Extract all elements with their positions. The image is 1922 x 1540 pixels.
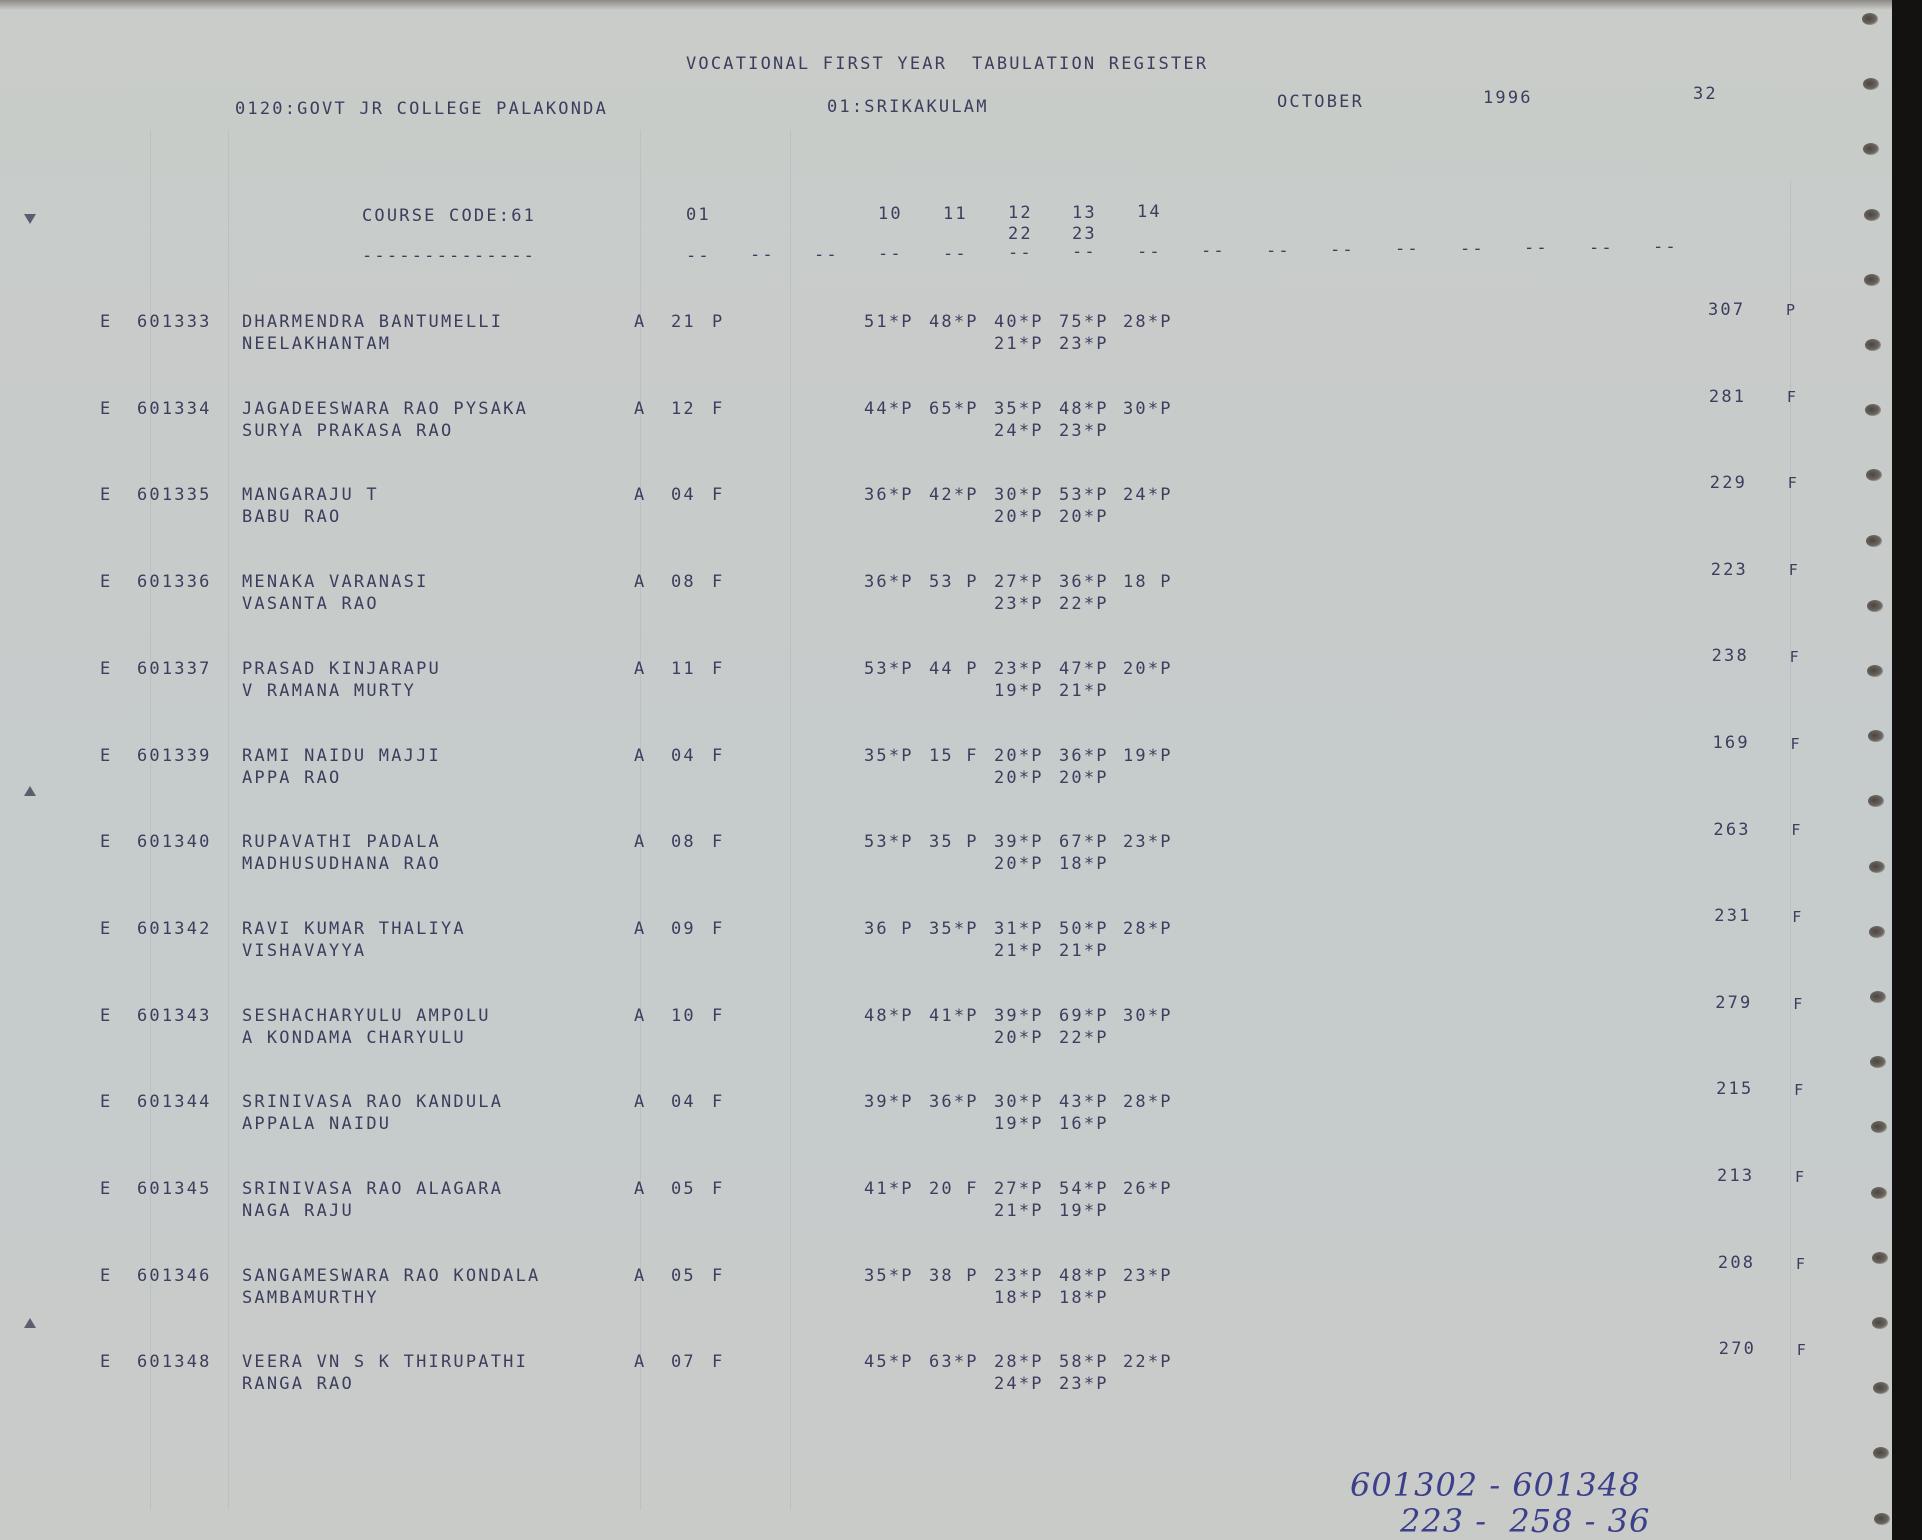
marks-subject-13: 48*P — [1059, 1266, 1109, 1286]
student-row: E 601335 MANGARAJU T BABU RAO A 04 F 36*… — [0, 485, 1892, 545]
subject-code-11: 11 — [943, 204, 968, 224]
student-row: E 601337 PRASAD KINJARAPU V RAMANA MURTY… — [0, 659, 1892, 719]
final-result: F — [1789, 560, 1800, 580]
subject-separator-dash: -- — [1072, 242, 1097, 262]
marks-subject-12: 35*P — [994, 399, 1044, 419]
final-result: F — [1791, 734, 1802, 754]
father-name: APPA RAO — [242, 768, 341, 788]
final-result: F — [1790, 647, 1801, 667]
part1-marks: 11 — [671, 659, 696, 679]
feed-hole — [1862, 13, 1878, 25]
part1-result: F — [712, 746, 724, 766]
feed-hole — [1873, 1447, 1889, 1459]
total-marks: 213 — [1717, 1166, 1754, 1186]
feed-hole — [1872, 1252, 1888, 1264]
candidate-type: E — [100, 572, 112, 592]
final-result: F — [1793, 994, 1804, 1014]
page-top-shadow — [0, 0, 1892, 10]
student-name: RAMI NAIDU MAJJI — [242, 746, 441, 766]
marks-subject-14: 30*P — [1123, 1006, 1173, 1026]
marks-subject-22: 20*P — [994, 1028, 1044, 1048]
marks-subject-23: 21*P — [1059, 941, 1109, 961]
total-marks: 279 — [1715, 993, 1752, 1013]
marks-subject-22: 21*P — [994, 941, 1044, 961]
part1-result: F — [712, 1266, 724, 1286]
marks-subject-14: 24*P — [1123, 485, 1173, 505]
part1-marks: 07 — [671, 1352, 696, 1372]
marks-subject-23: 23*P — [1059, 334, 1109, 354]
total-marks: 281 — [1709, 387, 1746, 407]
feed-hole — [1864, 209, 1880, 221]
student-row: E 601334 JAGADEESWARA RAO PYSAKA SURYA P… — [0, 399, 1892, 459]
total-marks: 215 — [1716, 1079, 1753, 1099]
marks-subject-22: 20*P — [994, 768, 1044, 788]
final-result: F — [1787, 387, 1798, 407]
marks-subject-22: 21*P — [994, 334, 1044, 354]
candidate-type: E — [100, 919, 112, 939]
registration-number: 601334 — [137, 399, 212, 419]
subject-separator-dash: -- — [814, 245, 839, 265]
final-result: F — [1792, 907, 1803, 927]
feed-hole — [1869, 926, 1885, 938]
candidate-type: E — [100, 746, 112, 766]
registration-number: 601340 — [137, 832, 212, 852]
handwritten-count-note: 223 - 258 - 36 — [1400, 1502, 1650, 1540]
marks-subject-23: 18*P — [1059, 1288, 1109, 1308]
course-code-underline: -------------- — [362, 246, 536, 266]
marks-subject-14: 19*P — [1123, 746, 1173, 766]
candidate-type: E — [100, 399, 112, 419]
feed-hole — [1868, 730, 1884, 742]
father-name: SURYA PRAKASA RAO — [242, 421, 453, 441]
student-name: DHARMENDRA BANTUMELLI — [242, 312, 503, 332]
handwritten-range-note: 601302 - 601348 — [1350, 1466, 1640, 1504]
total-marks: 263 — [1713, 820, 1750, 840]
feed-hole — [1873, 1382, 1889, 1394]
subject-separator-dash: -- — [686, 246, 711, 266]
marks-subject-12: 40*P — [994, 312, 1044, 332]
marks-subject-10: 45*P — [864, 1352, 914, 1372]
marks-subject-11: 35 P — [929, 832, 979, 852]
marks-subject-23: 22*P — [1059, 594, 1109, 614]
marks-subject-14: 23*P — [1123, 832, 1173, 852]
part1-marks: 05 — [671, 1179, 696, 1199]
feed-hole — [1872, 1317, 1888, 1329]
marks-subject-12: 28*P — [994, 1352, 1044, 1372]
marks-subject-14: 23*P — [1123, 1266, 1173, 1286]
marks-subject-14: 28*P — [1123, 312, 1173, 332]
subject-separator-dash: -- — [1653, 237, 1678, 257]
marks-subject-12: 20*P — [994, 746, 1044, 766]
marks-subject-11: 65*P — [929, 399, 979, 419]
part1-result: F — [712, 399, 724, 419]
marks-subject-10: 36*P — [864, 572, 914, 592]
student-name: SRINIVASA RAO ALAGARA — [242, 1179, 503, 1199]
marks-subject-14: 18 P — [1123, 572, 1173, 592]
marks-subject-11: 63*P — [929, 1352, 979, 1372]
registration-number: 601336 — [137, 572, 212, 592]
marks-subject-13: 67*P — [1059, 832, 1109, 852]
final-result: P — [1786, 300, 1797, 320]
registration-number: 601345 — [137, 1179, 212, 1199]
desk-background — [1892, 0, 1922, 1540]
part1-result: F — [712, 1179, 724, 1199]
part1-result: F — [712, 832, 724, 852]
total-marks: 238 — [1712, 646, 1749, 666]
total-marks: 208 — [1718, 1253, 1755, 1273]
tabulation-register-page: ​ VOCATIONAL FIRST YEAR TABULATION REGIS… — [0, 0, 1892, 1540]
part-code: A — [634, 1006, 646, 1026]
part1-result: F — [712, 919, 724, 939]
course-code-label: COURSE CODE:61 — [362, 206, 536, 226]
student-name: RUPAVATHI PADALA — [242, 832, 441, 852]
student-row: E 601343 SESHACHARYULU AMPOLU A KONDAMA … — [0, 1006, 1892, 1066]
part-code: A — [634, 832, 646, 852]
final-result: F — [1791, 820, 1802, 840]
father-name: VASANTA RAO — [242, 594, 379, 614]
candidate-type: E — [100, 1266, 112, 1286]
subject-code-10: 10 — [878, 204, 903, 224]
marks-subject-12: 23*P — [994, 1266, 1044, 1286]
part-code: A — [634, 1092, 646, 1112]
student-row: E 601340 RUPAVATHI PADALA MADHUSUDHANA R… — [0, 832, 1892, 892]
marks-subject-11: 48*P — [929, 312, 979, 332]
part-code: A — [634, 746, 646, 766]
student-row: E 601336 MENAKA VARANASI VASANTA RAO A 0… — [0, 572, 1892, 632]
candidate-type: E — [100, 1092, 112, 1112]
final-result: F — [1797, 1340, 1808, 1360]
exam-month: OCTOBER — [1277, 92, 1364, 112]
marks-subject-23: 22*P — [1059, 1028, 1109, 1048]
part-code: A — [634, 485, 646, 505]
marks-subject-12: 39*P — [994, 832, 1044, 852]
marks-subject-10: 36*P — [864, 485, 914, 505]
part-code: A — [634, 1266, 646, 1286]
part-code: A — [634, 399, 646, 419]
marks-subject-22: 20*P — [994, 854, 1044, 874]
exam-year: 1996 — [1483, 88, 1533, 108]
registration-number: 601339 — [137, 746, 212, 766]
marks-subject-10: 41*P — [864, 1179, 914, 1199]
part1-result: F — [712, 1352, 724, 1372]
total-marks: 223 — [1711, 560, 1748, 580]
marks-subject-10: 35*P — [864, 1266, 914, 1286]
total-marks: 231 — [1714, 906, 1751, 926]
marks-subject-22: 18*P — [994, 1288, 1044, 1308]
subject-separator-dash: -- — [1266, 241, 1291, 261]
marks-subject-14: 22*P — [1123, 1352, 1173, 1372]
marks-subject-10: 35*P — [864, 746, 914, 766]
marks-subject-23: 19*P — [1059, 1201, 1109, 1221]
part1-result: F — [712, 572, 724, 592]
register-title: VOCATIONAL FIRST YEAR TABULATION REGISTE… — [686, 54, 1208, 74]
registration-number: 601333 — [137, 312, 212, 332]
marks-subject-22: 23*P — [994, 594, 1044, 614]
registration-number: 601344 — [137, 1092, 212, 1112]
student-name: SRINIVASA RAO KANDULA — [242, 1092, 503, 1112]
part-code: A — [634, 1352, 646, 1372]
part-code: A — [634, 572, 646, 592]
subject-separator-dash: -- — [1460, 239, 1485, 259]
subject-separator-dash: -- — [1008, 243, 1033, 263]
subject-code-12: 12 — [1008, 203, 1033, 223]
marks-subject-11: 44 P — [929, 659, 979, 679]
marks-subject-13: 58*P — [1059, 1352, 1109, 1372]
part1-marks: 21 — [671, 312, 696, 332]
part-code: A — [634, 919, 646, 939]
father-name: V RAMANA MURTY — [242, 681, 416, 701]
feed-hole — [1865, 339, 1881, 351]
part1-result: F — [712, 485, 724, 505]
marks-subject-12: 31*P — [994, 919, 1044, 939]
marks-subject-22: 24*P — [994, 1374, 1044, 1394]
subject-separator-dash: -- — [750, 245, 775, 265]
student-name: RAVI KUMAR THALIYA — [242, 919, 466, 939]
subject-code-14: 14 — [1137, 202, 1162, 222]
feed-hole — [1870, 1056, 1886, 1068]
marks-subject-12: 39*P — [994, 1006, 1044, 1026]
registration-number: 601337 — [137, 659, 212, 679]
marks-subject-14: 28*P — [1123, 1092, 1173, 1112]
marks-subject-10: 44*P — [864, 399, 914, 419]
total-marks: 307 — [1708, 300, 1745, 320]
marks-subject-13: 36*P — [1059, 746, 1109, 766]
father-name: VISHAVAYYA — [242, 941, 366, 961]
marks-subject-23: 18*P — [1059, 854, 1109, 874]
marks-subject-22: 24*P — [994, 421, 1044, 441]
registration-number: 601343 — [137, 1006, 212, 1026]
district-name: 01:SRIKAKULAM — [827, 97, 989, 117]
marks-subject-12: 27*P — [994, 572, 1044, 592]
marks-subject-11: 42*P — [929, 485, 979, 505]
feed-hole — [1870, 991, 1886, 1003]
marks-subject-13: 47*P — [1059, 659, 1109, 679]
father-name: NEELAKHANTAM — [242, 334, 391, 354]
feed-hole — [1869, 861, 1885, 873]
feed-hole — [1863, 78, 1879, 90]
candidate-type: E — [100, 1006, 112, 1026]
subject-separator-dash: -- — [1589, 238, 1614, 258]
part1-marks: 08 — [671, 832, 696, 852]
marks-subject-11: 15 F — [929, 746, 979, 766]
part-code: A — [634, 312, 646, 332]
marks-subject-11: 53 P — [929, 572, 979, 592]
student-name: MENAKA VARANASI — [242, 572, 429, 592]
feed-hole — [1871, 1121, 1887, 1133]
marks-subject-10: 39*P — [864, 1092, 914, 1112]
student-row: E 601342 RAVI KUMAR THALIYA VISHAVAYYA A… — [0, 919, 1892, 979]
student-name: SESHACHARYULU AMPOLU — [242, 1006, 491, 1026]
candidate-type: E — [100, 1179, 112, 1199]
feed-hole — [1868, 795, 1884, 807]
student-name: SANGAMESWARA RAO KONDALA — [242, 1266, 540, 1286]
feed-hole — [1874, 1513, 1890, 1525]
marks-subject-23: 20*P — [1059, 507, 1109, 527]
marks-subject-12: 30*P — [994, 1092, 1044, 1112]
father-name: SAMBAMURTHY — [242, 1288, 379, 1308]
registration-number: 601335 — [137, 485, 212, 505]
marks-subject-14: 30*P — [1123, 399, 1173, 419]
marks-subject-22: 19*P — [994, 681, 1044, 701]
father-name: NAGA RAJU — [242, 1201, 354, 1221]
subject-separator-dash: -- — [878, 244, 903, 264]
marks-subject-10: 51*P — [864, 312, 914, 332]
marks-subject-23: 23*P — [1059, 1374, 1109, 1394]
marks-subject-10: 36 P — [864, 919, 914, 939]
student-row: E 601339 RAMI NAIDU MAJJI APPA RAO A 04 … — [0, 746, 1892, 806]
marks-subject-23: 21*P — [1059, 681, 1109, 701]
marks-subject-12: 30*P — [994, 485, 1044, 505]
marks-subject-11: 20 F — [929, 1179, 979, 1199]
binding-mark — [24, 214, 36, 224]
part1-marks: 08 — [671, 572, 696, 592]
part-code: A — [634, 1179, 646, 1199]
marks-subject-10: 48*P — [864, 1006, 914, 1026]
student-row: E 601346 SANGAMESWARA RAO KONDALA SAMBAM… — [0, 1266, 1892, 1326]
marks-subject-13: 69*P — [1059, 1006, 1109, 1026]
student-name: MANGARAJU T — [242, 485, 379, 505]
binding-mark — [24, 786, 36, 796]
final-result: F — [1788, 473, 1799, 493]
student-row: E 601344 SRINIVASA RAO KANDULA APPALA NA… — [0, 1092, 1892, 1152]
registration-number: 601342 — [137, 919, 212, 939]
marks-subject-22: 21*P — [994, 1201, 1044, 1221]
feed-hole — [1867, 600, 1883, 612]
student-name: JAGADEESWARA RAO PYSAKA — [242, 399, 528, 419]
father-name: APPALA NAIDU — [242, 1114, 391, 1134]
part1-result: F — [712, 1092, 724, 1112]
student-name: VEERA VN S K THIRUPATHI — [242, 1352, 528, 1372]
marks-subject-23: 23*P — [1059, 421, 1109, 441]
feed-hole — [1871, 1187, 1887, 1199]
registration-number: 601346 — [137, 1266, 212, 1286]
marks-subject-23: 20*P — [1059, 768, 1109, 788]
father-name: RANGA RAO — [242, 1374, 354, 1394]
part1-marks: 04 — [671, 485, 696, 505]
registration-number: 601348 — [137, 1352, 212, 1372]
subject-separator-dash: -- — [1395, 239, 1420, 259]
part1-marks: 04 — [671, 746, 696, 766]
father-name: A KONDAMA CHARYULU — [242, 1028, 466, 1048]
final-result: F — [1796, 1254, 1807, 1274]
subject-separator-dash: -- — [1137, 242, 1162, 262]
marks-subject-13: 50*P — [1059, 919, 1109, 939]
marks-subject-14: 20*P — [1123, 659, 1173, 679]
candidate-type: E — [100, 832, 112, 852]
marks-subject-12: 23*P — [994, 659, 1044, 679]
marks-subject-12: 27*P — [994, 1179, 1044, 1199]
marks-subject-11: 36*P — [929, 1092, 979, 1112]
marks-subject-10: 53*P — [864, 832, 914, 852]
feed-hole — [1864, 274, 1880, 286]
part1-result: F — [712, 659, 724, 679]
feed-hole — [1867, 665, 1883, 677]
part1-marks: 05 — [671, 1266, 696, 1286]
total-marks: 270 — [1719, 1339, 1756, 1359]
subject-separator-dash: -- — [943, 244, 968, 264]
candidate-type: E — [100, 1352, 112, 1372]
student-row: E 601333 DHARMENDRA BANTUMELLI NEELAKHAN… — [0, 312, 1892, 372]
subject-separator-dash: -- — [1524, 238, 1549, 258]
marks-subject-13: 36*P — [1059, 572, 1109, 592]
part1-result: F — [712, 1006, 724, 1026]
marks-subject-13: 43*P — [1059, 1092, 1109, 1112]
father-name: BABU RAO — [242, 507, 341, 527]
subject-code-01: 01 — [686, 205, 711, 225]
subject-code-22: 22 — [1008, 224, 1033, 244]
marks-subject-11: 41*P — [929, 1006, 979, 1026]
marks-subject-13: 48*P — [1059, 399, 1109, 419]
marks-subject-11: 35*P — [929, 919, 979, 939]
total-marks: 229 — [1710, 473, 1747, 493]
marks-subject-13: 75*P — [1059, 312, 1109, 332]
binding-mark — [24, 1318, 36, 1328]
final-result: F — [1794, 1080, 1805, 1100]
marks-subject-22: 19*P — [994, 1114, 1044, 1134]
marks-subject-23: 16*P — [1059, 1114, 1109, 1134]
final-result: F — [1795, 1167, 1806, 1187]
feed-hole — [1866, 469, 1882, 481]
candidate-type: E — [100, 485, 112, 505]
part1-marks: 04 — [671, 1092, 696, 1112]
student-name: PRASAD KINJARAPU — [242, 659, 441, 679]
student-row: E 601345 SRINIVASA RAO ALAGARA NAGA RAJU… — [0, 1179, 1892, 1239]
part1-marks: 09 — [671, 919, 696, 939]
feed-hole — [1863, 143, 1879, 155]
marks-subject-14: 26*P — [1123, 1179, 1173, 1199]
part-code: A — [634, 659, 646, 679]
subject-code-13: 13 — [1072, 203, 1097, 223]
marks-subject-13: 54*P — [1059, 1179, 1109, 1199]
part1-result: P — [712, 312, 724, 332]
subject-separator-dash: -- — [1201, 241, 1226, 261]
feed-hole — [1866, 535, 1882, 547]
marks-subject-11: 38 P — [929, 1266, 979, 1286]
student-row: E 601348 VEERA VN S K THIRUPATHI RANGA R… — [0, 1352, 1892, 1412]
marks-subject-14: 28*P — [1123, 919, 1173, 939]
father-name: MADHUSUDHANA RAO — [242, 854, 441, 874]
part1-marks: 12 — [671, 399, 696, 419]
marks-subject-22: 20*P — [994, 507, 1044, 527]
candidate-type: E — [100, 312, 112, 332]
marks-subject-10: 53*P — [864, 659, 914, 679]
candidate-type: E — [100, 659, 112, 679]
total-marks: 169 — [1713, 733, 1750, 753]
subject-code-23: 23 — [1072, 224, 1097, 244]
college-name: 0120:GOVT JR COLLEGE PALAKONDA — [235, 99, 608, 119]
subject-separator-dash: -- — [1330, 240, 1355, 260]
marks-subject-13: 53*P — [1059, 485, 1109, 505]
page-number: 32 — [1693, 84, 1718, 104]
part1-marks: 10 — [671, 1006, 696, 1026]
